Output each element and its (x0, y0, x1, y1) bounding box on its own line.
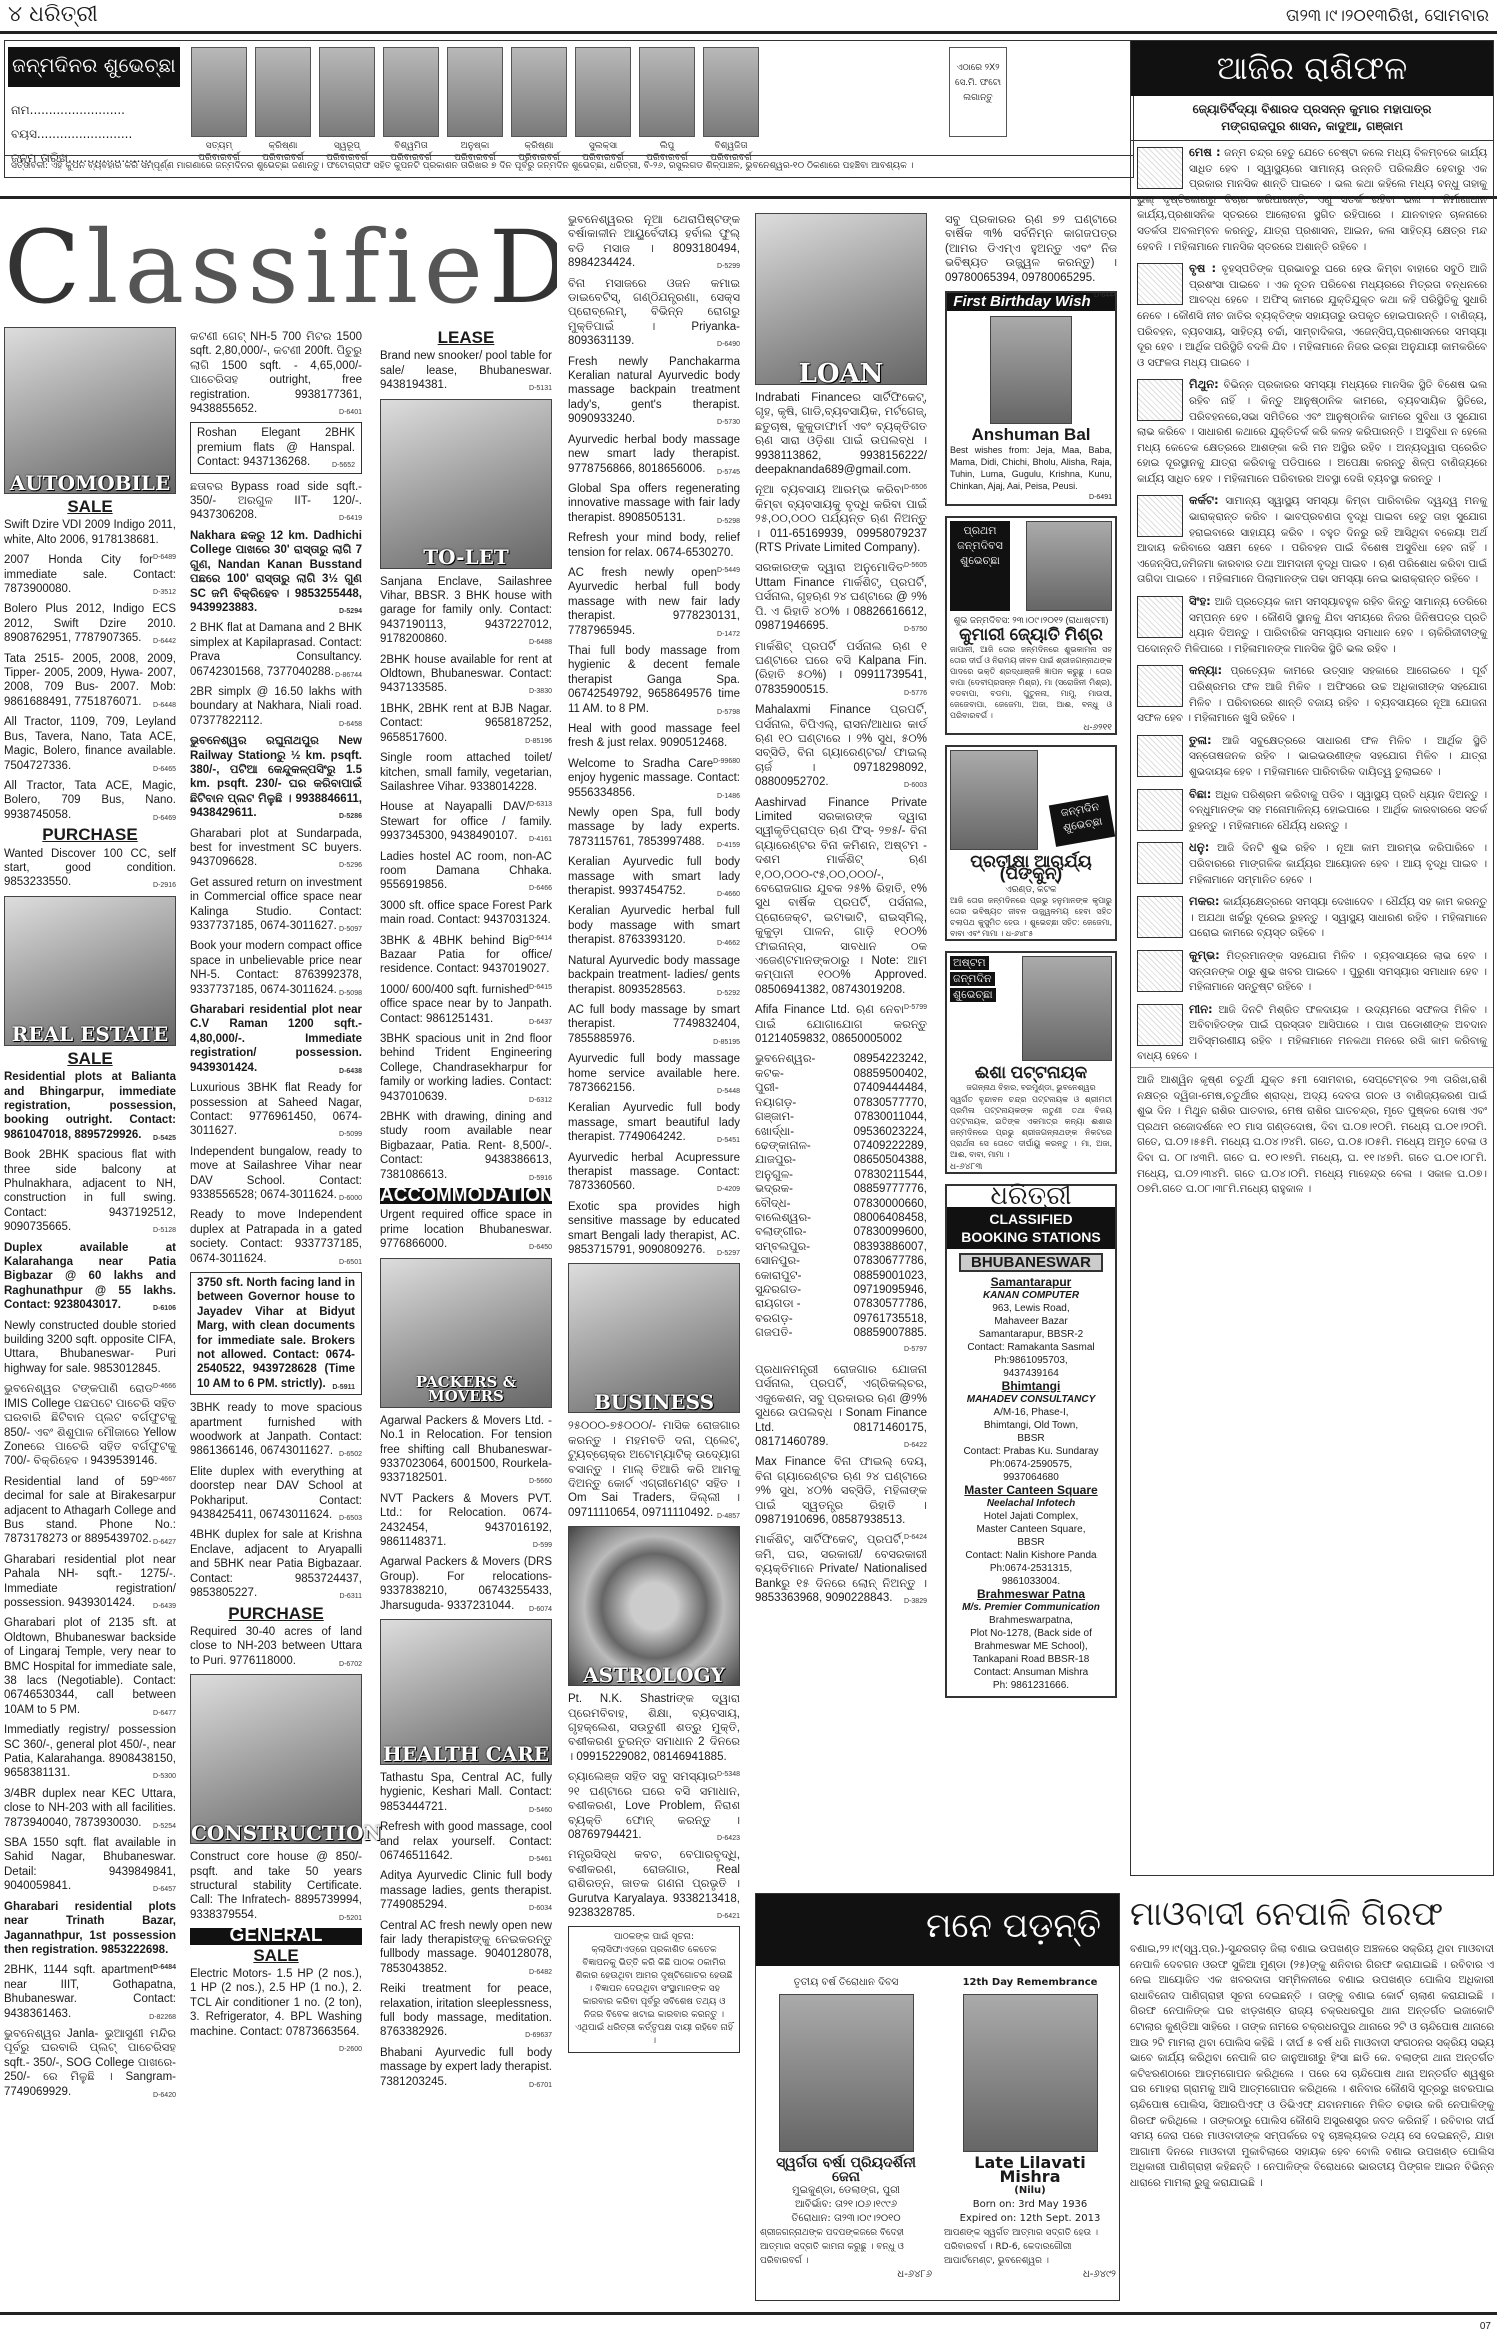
kid-photo (703, 47, 759, 137)
real-estate-image: REAL ESTATE (4, 896, 176, 1046)
construction-image: CONSTRUCTION (190, 1674, 362, 1844)
classified-ad: Thai full body massage from hygienic & d… (568, 644, 740, 716)
classified-ad: ଭୁବନେଶ୍ୱରର ନୂଆ ଥେରାପିଷ୍ଟଙ୍କ ବର୍ଷାକାଳୀନ ଆ… (568, 213, 740, 271)
horoscope-panel: ଆଜିର ରାଶିଫଳ ଜ୍ୟୋତିର୍ବିଦ୍ୟା ବିଶାରଦ ପ୍ରସନ୍… (1130, 40, 1494, 1876)
zodiac-icon (1137, 789, 1183, 831)
branch-row: ସମ୍ବଲପୁର-08393886007, (755, 1240, 927, 1254)
zodiac-sign-entry: ମିଥୁନ: ବିଭିନ୍ନ ପ୍ରକାରର ସମସ୍ୟା ମଧ୍ୟରେ ମାନ… (1131, 373, 1493, 489)
zodiac-sign-entry: କନ୍ୟା: ପ୍ରତ୍ୟେକ କାମରେ ଉତ୍ସାହ ସହକାରେ ଆଗେଇ… (1131, 659, 1493, 728)
ad-code: D-5460 (529, 1804, 552, 1818)
ad-code: D-6488 (529, 636, 552, 650)
classified-ad: 3BHK & 4BHK behind Big Bazaar Patia for … (380, 934, 552, 977)
ad-code: D-5286 (339, 810, 362, 824)
classified-ad: Gharabari residential plot near C.V Rama… (190, 1003, 362, 1075)
ad-code: D-6458 (339, 718, 362, 732)
ad-code: D-5776 (904, 687, 927, 701)
birthday-kid: ସତ୍ୟମ୍ପରିବାରବର୍ଗ (191, 47, 247, 164)
classified-ad: Pt. N.K. Shastriଙ୍କ ଦ୍ୱାରା ପ୍ରେମବିବାହ, ଶ… (568, 1692, 740, 1764)
zodiac-icon (1137, 896, 1183, 938)
ad-code: D-5750 (904, 623, 927, 637)
classified-ad: Newly constructed double storied buildin… (4, 1319, 176, 1377)
zodiac-sign-entry: ବୃଷ : ବୃହସ୍ପତିଙ୍କ ପ୍ରଭାବରୁ ଘରେ ହେଉ କିମ୍ବ… (1131, 257, 1493, 373)
classified-banner: ClassifieD (2, 210, 557, 325)
classified-ad: Required 30-40 acres of land close to NH… (190, 1625, 362, 1668)
ad-code: D-6312 (529, 1094, 552, 1108)
kid-name: ବିଶ୍ୱମିତା (383, 140, 439, 152)
classified-ad: Get assured return on investment in Comm… (190, 876, 362, 934)
classified-ad: ଛତାବର Bypass road side sqft.- 350/- ଅରଗୁ… (190, 480, 362, 523)
zodiac-icon (1137, 665, 1183, 707)
jyoti-photo (1026, 521, 1112, 611)
classified-ad: Gharabari residential plots near Trinath… (4, 1900, 176, 1958)
ad-code: D-99680 (713, 755, 740, 769)
ad-code: D-6448 (153, 699, 176, 713)
classified-ad: 3750 sft. North facing land in between G… (190, 1272, 362, 1395)
ad-code: D-82268 (149, 2011, 176, 2025)
coupon-terms: ସର୍ତ୍ତାବଳୀ: ଏହି କୁପନ ବ୍ୟବହାର କରି ସମ୍ପୂର୍… (5, 155, 1133, 177)
kid-photo (575, 47, 631, 137)
classified-ad: NVT Packers & Movers PVT. Ltd.: for Relo… (380, 1492, 552, 1550)
ad-code: D-6438 (339, 1065, 362, 1079)
health-care-image: HEALTH CARE (380, 1619, 552, 1765)
classified-ad: Central AC fresh newly open new fair lad… (380, 1919, 552, 1977)
column-automobile-realestate: AUTOMOBILE SALE Swift Dzire VDI 2009 Ind… (4, 327, 176, 2105)
birthday-kid: ବିଶ୍ୱମିତାପରିବାରବର୍ଗ (383, 47, 439, 164)
loan-image: LOAN (755, 213, 927, 385)
ad-code: D-5294 (339, 605, 362, 619)
ad-code: D-3830 (529, 685, 552, 699)
birthday-kid: ଅନୁଷ୍କାପରିବାରବର୍ଗ (447, 47, 503, 164)
kid-name: ସୁଲକ୍ସା (575, 140, 631, 152)
kid-photo (639, 47, 695, 137)
classified-ad: 4BHK duplex for sale at Krishna Enclave,… (190, 1528, 362, 1600)
ad-code: D-4666 (153, 1380, 176, 1394)
ad-code: D-6000 (339, 1192, 362, 1206)
ad-code: D-1472 (717, 628, 740, 642)
classified-ad: Book your modern compact office space in… (190, 939, 362, 997)
birthday-kid: ସ୍ୱରୂପ୍ପରିବାରବର୍ଗ (319, 47, 375, 164)
issue-date: ତା୨୩।୯।୨୦୧୩ରିଖ, ସୋମବାର (1286, 6, 1489, 26)
section-heading-sale: SALE (4, 500, 176, 514)
birthday-coupon-strip: ଜନ୍ମଦିନର ଶୁଭେଚ୍ଛା ନାମ...................… (4, 40, 1134, 178)
ad-code: D-5298 (717, 515, 740, 529)
ad-code: D-5799 (904, 1001, 927, 1015)
anshuman-photo (990, 316, 1072, 424)
ad-code: D-4662 (717, 937, 740, 951)
column-property: କଟଣୀ ଗେଟ୍ NH-5 700 ମିଟର 1500 sqft. 2,80,… (190, 330, 362, 2057)
classified-ad: Keralian Ayurvedic full body massage wit… (568, 855, 740, 898)
ad-code: D-6422 (904, 1439, 927, 1453)
section-heading-general: GENERAL (190, 1928, 362, 1944)
obituary-right: 12th Day Remembrance Late Lilavati Mishr… (944, 1976, 1116, 2282)
ad-code: D-85195 (713, 1036, 740, 1050)
ad-code: D-5097 (339, 923, 362, 937)
classified-ad: Gharabari plot of 2135 sft. at Oldtown, … (4, 1616, 176, 1717)
classified-ad: All Tractor, 1109, 709, Leyland Bus, Tav… (4, 715, 176, 773)
ad-code: D-5652 (332, 459, 355, 473)
branch-row: ଭୁବନେଶ୍ୱର-08954223242, (755, 1052, 927, 1066)
classified-ad: 3/4BR duplex near KEC Uttara, close to N… (4, 1787, 176, 1830)
ad-code: D-6074 (529, 1603, 552, 1617)
kid-name: ଲିପୁ (639, 140, 695, 152)
ad-code: D-5292 (717, 987, 740, 1001)
ad-code: D-6482 (529, 1966, 552, 1980)
classified-ad: Ayurvedic herbal Acupressure therapist m… (568, 1151, 740, 1194)
classified-ad: Duplex available at Kalarahanga near Pat… (4, 1241, 176, 1313)
classified-ad: Tata 2515- 2005, 2008, 2009, Tipper- 200… (4, 652, 176, 710)
ad-code: D-4161 (529, 833, 552, 847)
zodiac-sign-entry: ଧନୁ: ଆଜି ଦିନଟି ଶୁଭ ରହିବ । ନୂଆ କାମ ଆରମ୍ଭ … (1131, 836, 1493, 890)
ad-code: D-6420 (153, 2089, 176, 2103)
ad-code: D-4660 (717, 888, 740, 902)
ad-code: D-2600 (339, 2043, 362, 2057)
ad-code: D-6465 (153, 763, 176, 777)
ad-code: D-6439 (153, 1600, 176, 1614)
ad-code: D-85196 (525, 735, 552, 749)
ad-code: D-6423 (717, 1832, 740, 1846)
ad-code: D-86744 (335, 669, 362, 683)
ad-code: D-6477 (153, 1707, 176, 1721)
classified-ad: Residential plots at Balianta and Bhinga… (4, 1070, 176, 1142)
ad-code: D-6484 (153, 1961, 176, 1975)
ad-code: D-5660 (529, 1475, 552, 1489)
ad-code: D-6311 (340, 1590, 362, 1604)
classified-ad: Tathastu Spa, Central AC, fully hygienic… (380, 1771, 552, 1814)
booking-station: SamantarapurKANAN COMPUTER963, Lewis Roa… (947, 1276, 1115, 1380)
kid-name: ସତ୍ୟମ୍ (191, 140, 247, 152)
classified-ad: Elite duplex with everything at doorstep… (190, 1465, 362, 1523)
kid-photo (447, 47, 503, 137)
classified-ad: Luxurious 3BHK flat Ready for possession… (190, 1081, 362, 1139)
classified-ad: ମାର୍କଶିଟ୍ ପ୍ରପର୍ଟି ପର୍ସନାଲ ଋଣ ୧ ଘଣ୍ଟାରେ … (755, 640, 927, 698)
page-marker: 07 (1480, 2321, 1491, 2332)
kid-photo (319, 47, 375, 137)
ad-code: D-5798 (717, 706, 740, 720)
ad-code: D-1486 (717, 790, 740, 804)
header-rule (0, 31, 1497, 34)
ad-code: D-5300 (153, 1770, 176, 1784)
ad-code: D-5449 (717, 564, 740, 578)
ad-code: D-5730 (717, 416, 740, 430)
page-number-masthead: ୪ ଧରିତ୍ରୀ (8, 2, 98, 27)
zodiac-icon (1137, 263, 1183, 305)
classified-ad: House at Nayapalli DAV/ Stewart for offi… (380, 800, 552, 843)
classified-ad: ମନ୍ତ୍ରସିଦ୍ଧ କବଚ, ବେପାରବୃଦ୍ଧି, ବଶୀକରଣ, ରୋ… (568, 1848, 740, 1920)
branch-row: ପୁରୀ-07409444484, (755, 1081, 927, 1095)
classified-ad: ବିନା ମସାଜରେ ଓଜନ କମାଇ ଡାଇବେଟିସ୍, ଗଣ୍ଠିଯନ୍… (568, 277, 740, 349)
branch-row: ବୌଦ୍ଧ-07830000660, (755, 1197, 927, 1211)
ad-code: D-5099 (339, 1128, 362, 1142)
zodiac-icon (1137, 596, 1183, 638)
classified-ad: Ayurvedic herbal body massage new smart … (568, 433, 740, 476)
ad-code: D-4209 (717, 1183, 740, 1197)
ad-code: D-5448 (717, 1085, 740, 1099)
ad-code: D-6457 (153, 1883, 176, 1897)
ad-code: D-6490 (717, 338, 740, 352)
classified-ad: AC full body massage by smart therapist.… (568, 1003, 740, 1046)
classified-ad: 3000 sft. office space Forest Park main … (380, 899, 552, 928)
zodiac-sign-entry: ତୁଳା: ଆଜି ସବୁକ୍ଷେତ୍ରରେ ସାଧାରଣ ଫଳ ମିଳିବ ।… (1131, 729, 1493, 783)
zodiac-icon (1137, 147, 1183, 189)
page-header: ୪ ଧରିତ୍ରୀ ତା୨୩।୯।୨୦୧୩ରିଖ, ସୋମବାର (0, 0, 1497, 34)
classified-ad: Wanted Discover 100 CC, self start, good… (4, 847, 176, 890)
column-wishes-booking: ସବୁ ପ୍ରକାରର ଋଣ ୭୨ ଘଣ୍ଟାରେ ବାର୍ଷିକ ୩% ସର୍… (945, 213, 1117, 1698)
ad-code: D-599 (533, 1539, 552, 1553)
classified-ad: Gharabari residential plot near Pahala N… (4, 1553, 176, 1611)
kid-photo (255, 47, 311, 137)
zodiac-sign-entry: କର୍କଟ: ସାମାନ୍ୟ ସ୍ୱାସ୍ଥ୍ୟ ସମସ୍ୟା କିମ୍ବା ପ… (1131, 489, 1493, 590)
ad-code: D-3829 (904, 1595, 927, 1609)
classified-ad: Swift Dzire VDI 2009 Indigo 2011, white,… (4, 518, 176, 547)
classified-ad: Immediatly registry/ possession SC 360/-… (4, 1723, 176, 1781)
classified-ad: 2BR simplx @ 16.50 lakhs with boundary a… (190, 685, 362, 728)
isha-birthday-wish: ଅଷ୍ଟମ ଜନ୍ମଦିନ ଶୁଭେଚ୍ଛା ଈଶା ପଟ୍ଟନାୟକ ଜଗନ୍… (945, 951, 1117, 1174)
ad-code: D-6502 (339, 1448, 362, 1462)
zodiac-icon (1137, 1004, 1183, 1046)
kid-photo (191, 47, 247, 137)
ad-code: D-5911 (332, 1381, 355, 1395)
classified-ad: Sanjana Enclave, Sailashree Vihar, BBSR.… (380, 575, 552, 647)
column-massage-business-astrology: ଭୁବନେଶ୍ୱରର ନୂଆ ଥେରାପିଷ୍ଟଙ୍କ ବର୍ଷାକାଳୀନ ଆ… (568, 213, 740, 2053)
varsha-photo (779, 1994, 914, 2152)
kid-name: କ୍ରିଷ୍ଣା (255, 140, 311, 152)
ad-code: D-6437 (529, 1016, 552, 1030)
classified-ad: ସରକାରଙ୍କ ଦ୍ୱାରା ଅନୁମୋଦିତ Uttam Finance ମ… (755, 561, 927, 633)
classified-ad: ପ୍ରଧାନମନ୍ତ୍ରୀ ରୋଜଗାର ଯୋଜନା ପର୍ସନାଲ, ପ୍ରପ… (755, 1363, 927, 1449)
classified-ad: ମାର୍କଶିଟ୍, ସାର୍ଟିଫିକେଟ୍, ପ୍ରପର୍ଟି, ଜମି, … (755, 1533, 927, 1605)
kid-name: ସ୍ୱରୂପ୍ (319, 140, 375, 152)
classified-ad: Exotic spa provides high sensitive massa… (568, 1200, 740, 1258)
automobile-image: AUTOMOBILE (4, 327, 176, 494)
photo-slot: ଏଠାରେ ୨X୨ ସେ.ମି. ଫଟୋ ଲଗାନ୍ତୁ (949, 47, 1007, 137)
jyoti-birthday-wish: ପ୍ରଥମ ଜନ୍ମଦିବସ ଶୁଭେଚ୍ଛା ଶୁଭ ଜନ୍ମଦିବସ: ୨୩… (945, 516, 1117, 735)
classified-ad: Keralian Ayurvedic herbal full body mass… (568, 904, 740, 947)
birthday-strip-title: ଜନ୍ମଦିନର ଶୁଭେଚ୍ଛା (8, 47, 180, 87)
ad-code: D-6421 (717, 1910, 740, 1924)
classified-ad: Electric Motors- 1.5 HP (2 nos.), 1 HP (… (190, 1967, 362, 2039)
birthday-kid: କ୍ରିଷ୍ଣାପରିବାରବର୍ଗ (255, 47, 311, 164)
birthday-kid: ଲିପୁପରିବାରବର୍ଗ (639, 47, 695, 164)
classified-ad: Book 2BHK spacious flat with three side … (4, 1148, 176, 1234)
branch-row: ବରଗଡ଼-09761735518, (755, 1312, 927, 1326)
reader-disclaimer: ପାଠକଙ୍କ ପାଇଁ ସୂଚନା: କ୍ଲାସିଫାଏଡ୍‌ରେ ପ୍ରକା… (568, 1926, 740, 2053)
age-field: ବୟସ......................... (11, 127, 132, 142)
ad-code: D-2916 (153, 879, 176, 893)
kid-photo (383, 47, 439, 137)
branch-row: ଗଜପତି-08859007885. (755, 1326, 927, 1340)
section-heading-re-sale: SALE (4, 1052, 176, 1066)
ad-code: D-6424 (904, 1531, 927, 1545)
branch-row: ବାଲେଶ୍ୱର-08006408458, (755, 1211, 927, 1225)
ad-code: D-5131 (529, 382, 552, 396)
classified-ad: 2BHK, 1144 sqft. apartment near IIIT, Go… (4, 1963, 176, 2021)
city-label: BHUBANESWAR (959, 1253, 1103, 1272)
ad-code: D-5348 (717, 1768, 740, 1782)
booking-station: BhimtangiMAHADEV CONSULTANCYA/M-16, Phas… (947, 1380, 1115, 1484)
zodiac-sign-entry: ମୀନ: ଆଜି ଦିନଟି ମିଶ୍ରିତ ଫଳଦାୟକ । ଉଦ୍ୟମରେ … (1131, 998, 1493, 1067)
ad-code: D-6469 (153, 812, 176, 826)
classified-ad: Construct core house @ 850/- psqft. and … (190, 1850, 362, 1922)
classified-ad: SBA 1550 sqft. flat available in Sahid N… (4, 1836, 176, 1894)
zodiac-sign-entry: ମକର: କାର୍ଯ୍ୟକ୍ଷେତ୍ରରେ ସମସ୍ୟା ଦେଖାଦେବ । ଧ… (1131, 890, 1493, 944)
ad-code: D-5098 (339, 987, 362, 1001)
classified-ad: Residential land of 59 decimal for sale … (4, 1475, 176, 1547)
classified-ad: 2BHK with drawing, dining and study room… (380, 1110, 552, 1182)
classified-ad: Keralian Ayurvedic full body massage, sm… (568, 1101, 740, 1144)
branch-row: ଗଞ୍ଜାମ-07830011044, (755, 1110, 927, 1124)
classified-ad: ନୂଆ ବ୍ୟବସାୟ ଆରମ୍ଭ କରିବା କିମ୍ବା ବ୍ୟବସାୟକୁ… (755, 483, 927, 555)
classified-ad: ଭୁବନେଶ୍ୱର Janla- ଭୁଆସୁଣୀ ମନ୍ଦିର ପୂର୍ବରୁ … (4, 2027, 176, 2099)
classified-ad: 2007 Honda City for immediate sale. Cont… (4, 553, 176, 596)
classified-ad: Aashirvad Finance Private Limited ସରକାରଙ… (755, 796, 927, 998)
branch-row: ସୁନ୍ଦରଗଡ-09719095946, (755, 1283, 927, 1297)
birthday-kid: କ୍ରିଷ୍ଣାପରିବାରବର୍ଗ (511, 47, 567, 164)
column-lease-tolet: LEASE Brand new snooker/ pool table for … (380, 327, 552, 2095)
news-body: ବଣାଇ,୨୨।୯(ସ୍ୱ.ପ୍ର.)-ସୁନ୍ଦରଗଡ଼ ଜିଲା ବଣାଇ … (1130, 1942, 1494, 2192)
classified-ad: Natural Ayurvedic body massage backpain … (568, 954, 740, 997)
branch-row: ବଲାଙ୍ଗୀର-07830099600, (755, 1225, 927, 1239)
ad-code: D-6419 (339, 512, 362, 526)
classified-ad: Heal with good massage feel fresh & just… (568, 722, 740, 751)
isha-photo (1022, 956, 1112, 1061)
ad-code: D-6503 (339, 1512, 362, 1526)
zodiac-icon (1137, 842, 1183, 884)
classified-ad: 2BHK house available for rent at Oldtown… (380, 653, 552, 696)
branch-row: ନୟାଗଡ଼-07830577770, (755, 1096, 927, 1110)
first-birthday-wish: First Birthday Wish Anshuman Bal Best wi… (945, 291, 1117, 506)
classified-ad: ସବୁ ପ୍ରକାରର ଋଣ ୭୨ ଘଣ୍ଟାରେ ବାର୍ଷିକ ୩% ସର୍… (945, 213, 1117, 285)
ad-code: D-5425 (153, 1132, 176, 1146)
branch-row: କଟକ-08859500402, (755, 1067, 927, 1081)
section-heading-general-sale: SALE (190, 1949, 362, 1963)
ad-code: D-5254 (153, 1820, 176, 1834)
branch-row: ଅନୁଗୁଳ-07830211544, (755, 1168, 927, 1182)
ad-code: D-5916 (529, 1172, 552, 1186)
kid-name: ବିଶ୍ୱଜିତା (703, 140, 759, 152)
ad-code: D-5128 (153, 1224, 176, 1238)
news-story: ମାଓବାଦୀ ନେପାଳି ଗିରଫ ବଣାଇ,୨୨।୯(ସ୍ୱ.ପ୍ର.)-… (1130, 1890, 1494, 2192)
classified-ad: Global Spa offers regenerating innovativ… (568, 482, 740, 525)
astrology-image: ASTROLOGY (568, 1526, 740, 1686)
section-heading-purchase: PURCHASE (4, 828, 176, 842)
classified-ad: 2 BHK flat at Damana and 2 BHK simplex a… (190, 621, 362, 679)
ad-code: D-5461 (529, 1853, 552, 1867)
ad-code: D-4159 (717, 839, 740, 853)
classified-ad: Afifa Finance Ltd. ଋଣ ନେବା ପାଇଁ ଯୋଗାଯୋଗ … (755, 1003, 927, 1046)
ad-code: D-6506 (904, 481, 927, 495)
lilavati-photo (963, 1994, 1098, 2152)
ad-code: D-6401 (339, 406, 362, 420)
ad-code: D-5299 (717, 260, 740, 274)
ad-code: D-5451 (717, 1134, 740, 1148)
ad-code: D-6003 (904, 779, 927, 793)
classified-ad: Refresh with good massage, cool and rela… (380, 1820, 552, 1863)
classified-ad: Max Finance ବିନା ଫାଇଲ୍ ଦେୟ, ବିନା ଗ୍ୟାରେଣ… (755, 1455, 927, 1527)
zodiac-icon (1137, 379, 1183, 421)
classified-ad: Aditya Ayurvedic Clinic full body massag… (380, 1869, 552, 1912)
ad-code: D-5296 (339, 859, 362, 873)
birthday-kid: ସୁଲକ୍ସାପରିବାରବର୍ଗ (575, 47, 631, 164)
booking-station: Master Canteen SquareNeelachal InfotechH… (947, 1484, 1115, 1588)
ad-code: D-6034 (529, 1902, 552, 1916)
classified-ad: Indrabati Financeର ସାର୍ଟିଫିକେଟ୍, ଗୃହ, କୃ… (755, 391, 927, 477)
pratiksha-birthday-wish: ଜନ୍ମଦିନ ଶୁଭେଚ୍ଛା ପ୍ରତୀକ୍ଷା ଆଚାର୍ଯ୍ୟ (ପିଙ… (945, 745, 1117, 941)
kid-photo (511, 47, 567, 137)
zodiac-sign-entry: ମେଷ : ଜନ୍ମ ଚନ୍ଦ୍ର ହେତୁ ଯେତେ ଚେଷ୍ଟା କଲେ ମ… (1131, 141, 1493, 257)
zodiac-sign-entry: ସିଂହ: ଆଜି ପ୍ରତ୍ୟେକ କାମ ସମସ୍ୟାବହୁଳ ରହିବ କ… (1131, 590, 1493, 659)
booking-station: Brahmeswar PatnaM/s. Premier Communicati… (947, 1588, 1115, 1692)
ad-code: D-6313 (529, 798, 552, 812)
branch-row: ରାୟଗଡା -07830577786, (755, 1297, 927, 1311)
ad-code: D-6701 (529, 2079, 552, 2093)
ad-code: D-6414 (529, 932, 552, 946)
classified-ad: Roshan Elegant 2BHK premium flats @ Hans… (190, 422, 362, 473)
booking-stations-box: ଧରିତ୍ରୀ CLASSIFIEDBOOKING STATIONS BHUBA… (945, 1184, 1117, 1698)
zodiac-sign-entry: କୁମ୍ଭ: ମିତ୍ରମାନଙ୍କ ସହଯୋଗ ମିଳିବ । ବ୍ୟବସାୟ… (1131, 944, 1493, 998)
section-heading-purchase-2: PURCHASE (190, 1607, 362, 1621)
classified-ad: Bhabani Ayurvedic full body massage by e… (380, 2046, 552, 2089)
classified-ad: 3BHK spacious unit in 2nd floor behind T… (380, 1032, 552, 1104)
ad-code: D-4857 (717, 1510, 740, 1524)
ad-code: D-6466 (529, 882, 552, 896)
section-heading-lease: LEASE (380, 331, 552, 345)
ad-code: D-5745 (717, 466, 740, 480)
branch-row: ଯାଜପୁର-08650504388, (755, 1153, 927, 1167)
name-field: ନାମ......................... (11, 103, 125, 118)
classified-ad: 1000/ 600/400 sqft. furnished office spa… (380, 983, 552, 1026)
packers-movers-image: PACKERS & MOVERS (380, 1258, 552, 1408)
afifa-branch-list: ଭୁବନେଶ୍ୱର-08954223242,କଟକ-08859500402,ପୁ… (755, 1052, 927, 1340)
classified-ad: Bolero Plus 2012, Indigo ECS 2012, Swift… (4, 602, 176, 645)
classified-ad: 3BHK ready to move spacious apartment fu… (190, 1401, 362, 1459)
classified-ad: Refresh your mind body, relief tension f… (568, 531, 740, 560)
branch-row: ଖୋର୍ଦ୍ଧା-09536023224, (755, 1125, 927, 1139)
classified-ad: Agarwal Packers & Movers (DRS Group). Fo… (380, 1555, 552, 1613)
ad-code: D-5297 (717, 1247, 740, 1261)
classified-ad: Newly open Spa, full body massage by lad… (568, 806, 740, 849)
ad-code: D-6106 (153, 1302, 176, 1316)
classified-ad: 1BHK, 2BHK rent at BJB Nagar. Contact: 9… (380, 702, 552, 745)
classified-ad: Gharabari plot at Sundarpada, best for i… (190, 827, 362, 870)
classified-ad: Ready to move Independent duplex at Patr… (190, 1208, 362, 1266)
ad-code: D-69637 (525, 2029, 552, 2043)
classified-ad: କଟଣୀ ଗେଟ୍ NH-5 700 ମିଟର 1500 sqft. 2,80,… (190, 330, 362, 416)
ad-code: D-6442 (153, 635, 176, 649)
classified-ad: Independent bungalow, ready to move at S… (190, 1145, 362, 1203)
branch-row: କୋରାପୁଟ-08859001023, (755, 1269, 927, 1283)
pratiksha-photo (950, 750, 1038, 850)
classified-ad: All Tractor, Tata ACE, Magic, Bolero, 70… (4, 779, 176, 822)
panjika-text: ଆଜି ଆଶ୍ୱିନ କୃଷ୍ଣ ଚତୁର୍ଥୀ ଯୁକ୍ତ ୫ମୀ ସୋମବା… (1131, 1067, 1493, 1203)
classified-ad: Reiki treatment for peace, relaxation, i… (380, 1982, 552, 2040)
ad-code: D-6427 (153, 1536, 176, 1550)
branch-row: ଢେଙ୍କାନାଳ-07409222289, (755, 1139, 927, 1153)
classified-ad: ଭୁବନେଶ୍ୱର ରଘୁନାଥପୁର New Railway Stationର… (190, 734, 362, 820)
ad-code: D-5605 (904, 559, 927, 573)
classified-ad: Urgent required office space in prime lo… (380, 1208, 552, 1251)
to-let-image: TO-LET (380, 399, 552, 569)
kid-name: କ୍ରିଷ୍ଣା (511, 140, 567, 152)
ad-code: D-3512 (153, 586, 176, 600)
ad-code: D-6450 (529, 1241, 552, 1255)
classified-ad: Fresh newly Panchakarma Keralian natural… (568, 355, 740, 427)
obituary-title: ମନେ ପଡ଼ନ୍ତି (756, 1894, 1119, 1966)
classified-ad: Nakhara ଛକରୁ 12 km. Dadhichi College ପାଖ… (190, 529, 362, 615)
ad-code: D-6489 (153, 551, 176, 565)
classified-ad: AC fresh newly open Ayurvedic herbal ful… (568, 566, 740, 638)
ad-code: D-6501 (339, 1256, 362, 1270)
zodiac-sign-entry: ବିଛା: ଅଧିକ ପରିଶ୍ରମ କରିବାକୁ ପଡିବ । ସ୍ୱାସ୍… (1131, 783, 1493, 837)
